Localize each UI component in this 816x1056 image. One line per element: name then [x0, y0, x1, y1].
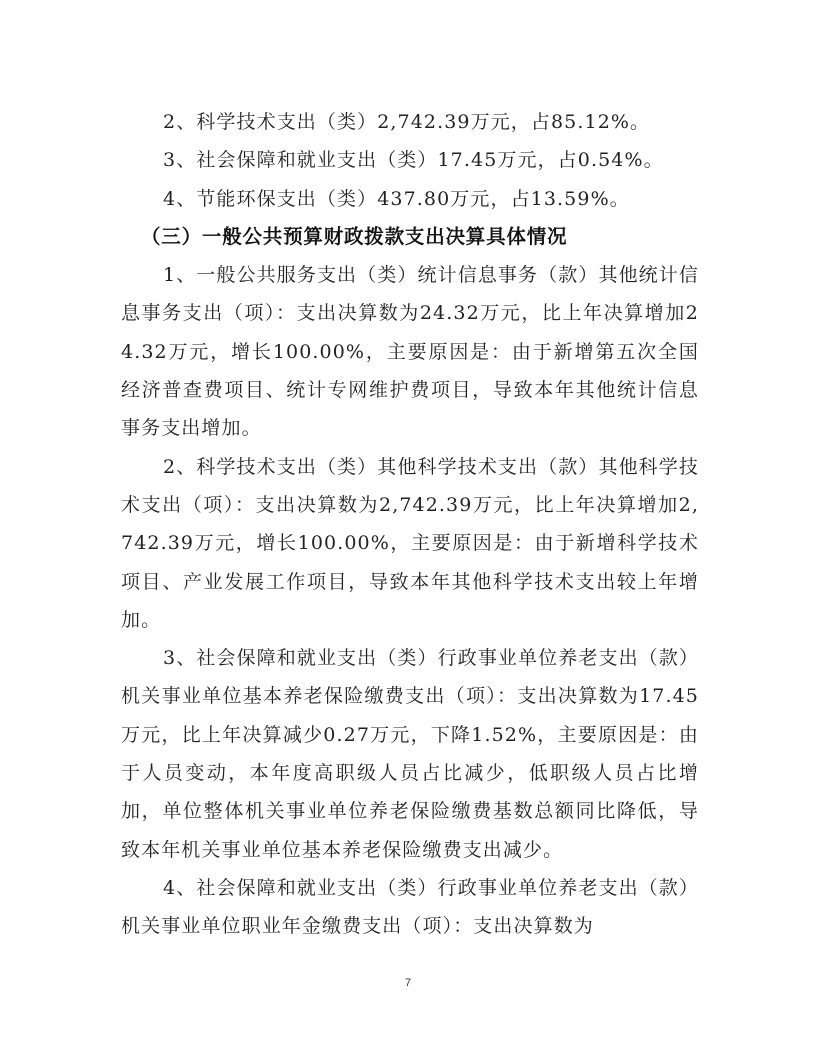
summary-item-social-security: 3、社会保障和就业支出（类）17.45万元，占0.54%。 [121, 141, 699, 179]
document-page: 2、科学技术支出（类）2,742.39万元，占85.12%。 3、社会保障和就业… [0, 0, 816, 1056]
detail-paragraph-pension-basic: 3、社会保障和就业支出（类）行政事业单位养老支出（款）机关事业单位基本养老保险缴… [121, 639, 699, 869]
detail-paragraph-pension-occupational: 4、社会保障和就业支出（类）行政事业单位养老支出（款）机关事业单位职业年金缴费支… [121, 869, 699, 946]
summary-item-energy-environment: 4、节能环保支出（类）437.80万元，占13.59%。 [121, 180, 699, 218]
detail-paragraph-public-services: 1、一般公共服务支出（类）统计信息事务（款）其他统计信息事务支出（项）：支出决算… [121, 256, 699, 447]
body-text: 2、科学技术支出（类）2,742.39万元，占85.12%。 3、社会保障和就业… [121, 103, 699, 946]
detail-paragraph-science: 2、科学技术支出（类）其他科学技术支出（款）其他科学技术支出（项）：支出决算数为… [121, 448, 699, 639]
summary-item-science: 2、科学技术支出（类）2,742.39万元，占85.12%。 [121, 103, 699, 141]
page-number: 7 [0, 977, 816, 989]
section-heading: （三）一般公共预算财政拨款支出决算具体情况 [121, 218, 699, 256]
